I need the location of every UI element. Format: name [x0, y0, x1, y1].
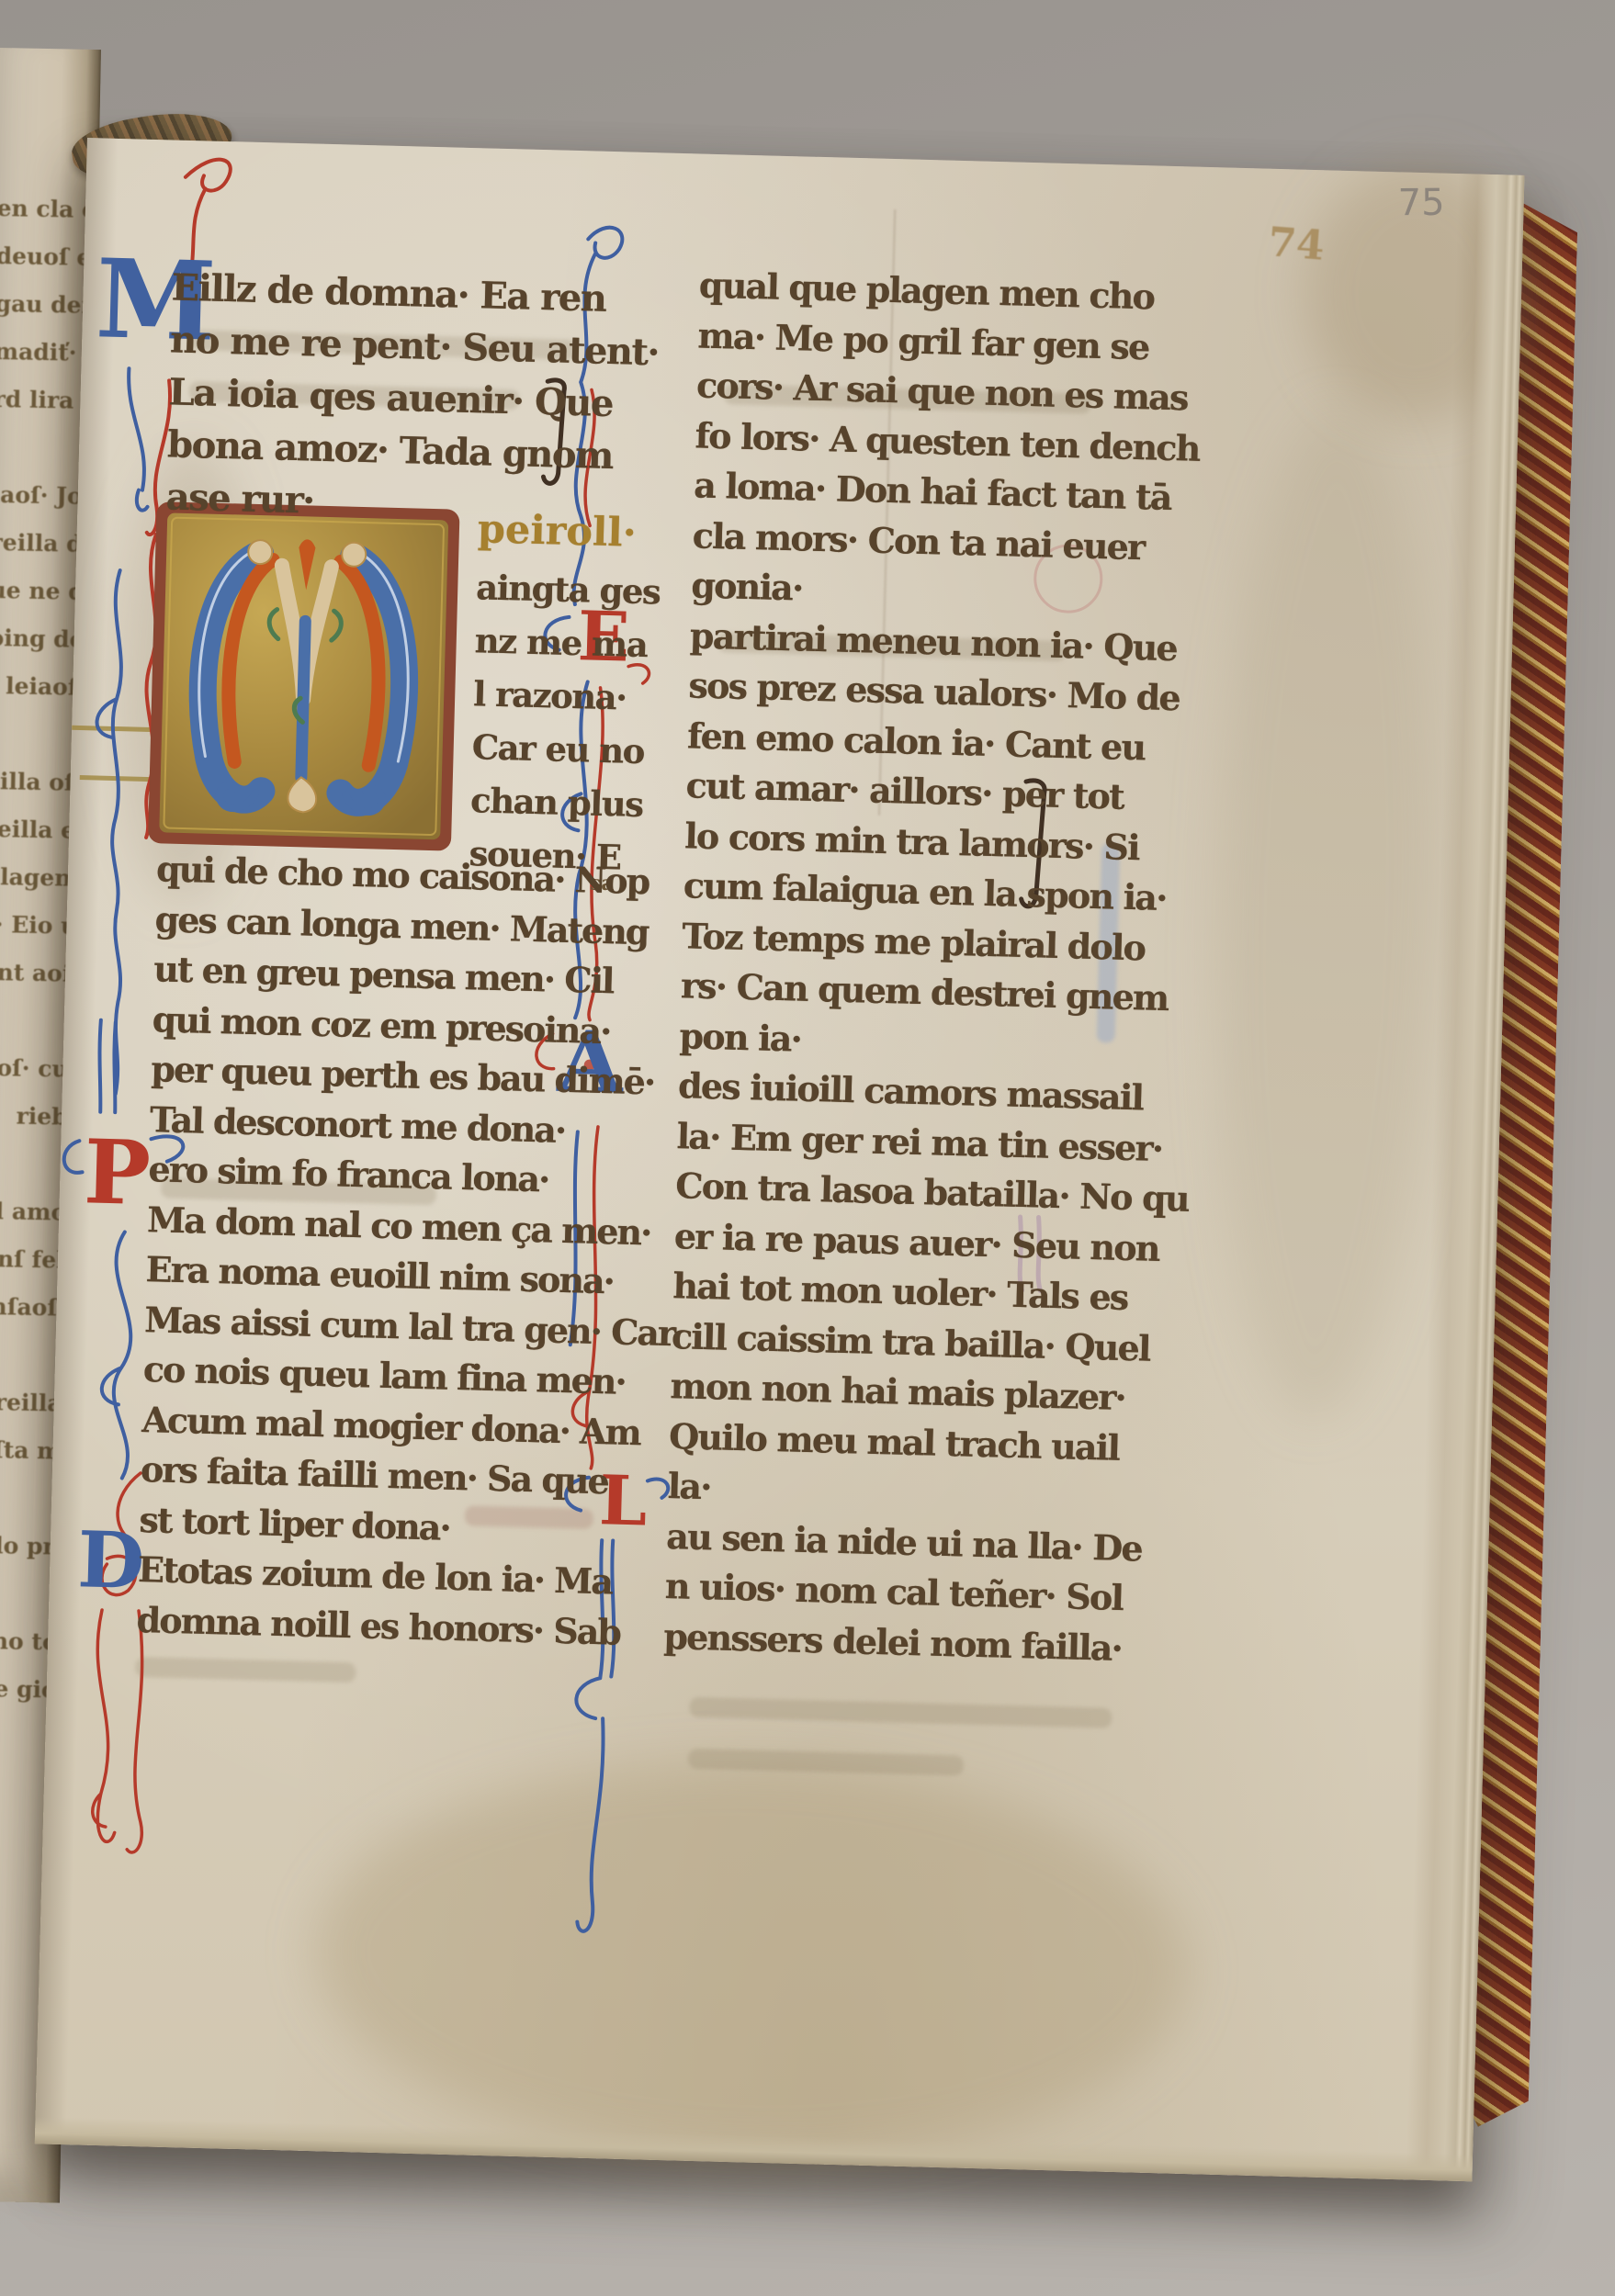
manuscript-text-line: Car eu no — [471, 722, 656, 780]
manuscript-text-line: nz me ma — [474, 615, 659, 673]
illuminated-letter-M-artwork — [144, 498, 464, 855]
illuminated-initial-panel — [144, 498, 464, 855]
showthrough-ghost — [689, 1697, 1112, 1728]
showthrough-ghost — [135, 1657, 356, 1683]
column1-body: qui de cho mo caisona· Nopges can longa … — [136, 845, 687, 1660]
foliation-ink-74: 74 — [1267, 219, 1327, 270]
margin-initial-P: P — [83, 1128, 152, 1218]
facing-text-fragment: en cla oſ — [0, 186, 98, 235]
manuscript-page: peiroll· M P D E A L sa Eillz de domna· … — [35, 138, 1525, 2181]
manuscript-photograph: en cla oſdeuoſ en pgau dentmadiť· delrd … — [0, 0, 1615, 2296]
water-stain — [311, 1751, 1193, 2169]
manuscript-text-line: l razona· — [472, 669, 657, 726]
manuscript-text-line: chan plus — [469, 775, 654, 833]
margin-stain — [1203, 407, 1450, 1423]
margin-initial-D: D — [76, 1521, 145, 1600]
column1-beside-initial: aingta gesnz me mal razona·Car eu nochan… — [469, 562, 661, 886]
foliation-pencil-75: 75 — [1397, 182, 1444, 224]
column1-opening: Eillz de domna· Ea renno me re pent· Seu… — [165, 262, 661, 536]
manuscript-text-line: aingta ges — [476, 562, 661, 620]
column2-body: qual que plagen men choma· Me po gril fa… — [663, 261, 1213, 1675]
